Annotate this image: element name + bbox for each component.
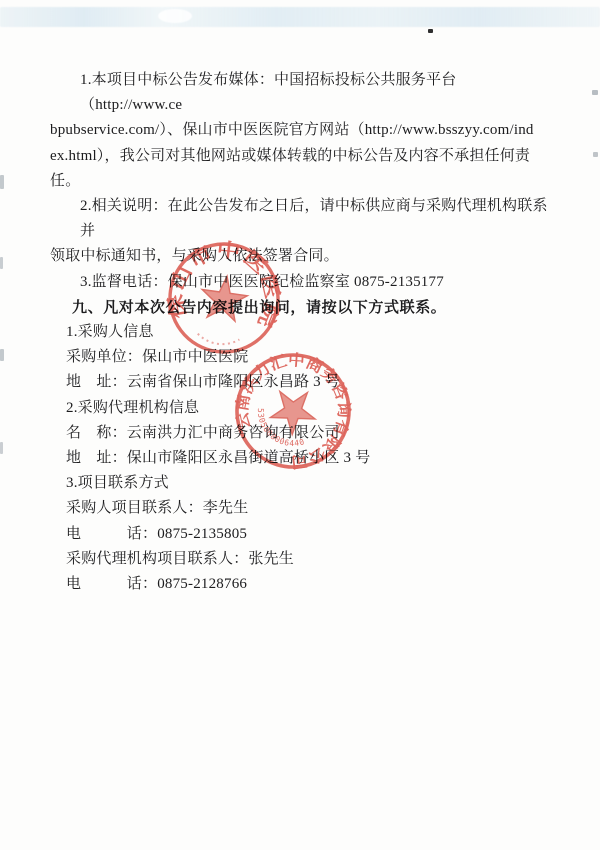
text-line: 地 址：云南省保山市隆阳区永昌路 3 号	[66, 370, 552, 395]
text-line: 名 称：云南洪力汇中商务咨询有限公司	[66, 421, 552, 446]
section-heading: 九、凡对本次公告内容提出询问，请按以下方式联系。	[72, 295, 552, 320]
scanned-document-page: 1.本项目中标公告发布媒体：中国招标投标公共服务平台（http://www.ce…	[0, 0, 600, 850]
edge-mark	[592, 90, 598, 95]
text-line: 电 话：0875-2135805	[66, 522, 552, 547]
text-line: 采购单位：保山市中医医院	[66, 345, 552, 370]
text-line: bpubservice.com/）、保山市中医医院官方网站（http://www…	[50, 118, 552, 143]
edge-mark	[593, 152, 598, 157]
text-line: 2.相关说明：在此公告发布之日后，请中标供应商与采购代理机构联系并	[80, 194, 552, 244]
ink-speck	[428, 29, 433, 33]
edge-mark	[0, 349, 4, 361]
text-line: 1.采购人信息	[66, 320, 552, 345]
text-line: 1.本项目中标公告发布媒体：中国招标投标公共服务平台（http://www.ce	[80, 68, 552, 118]
text-line: 采购人项目联系人：李先生	[66, 496, 552, 521]
text-line: ex.html），我公司对其他网站或媒体转载的中标公告及内容不承担任何责任。	[50, 144, 552, 194]
text-line: 电 话：0875-2128766	[66, 572, 552, 597]
text-line: 领取中标通知书，与采购人依法签署合同。	[50, 244, 552, 269]
edge-mark	[0, 442, 3, 454]
edge-mark	[0, 257, 3, 269]
text-line: 3.监督电话：保山市中医医院纪检监察室 0875-2135177	[80, 270, 552, 295]
text-line: 3.项目联系方式	[66, 471, 552, 496]
edge-mark	[0, 175, 4, 189]
text-line: 2.采购代理机构信息	[66, 396, 552, 421]
text-line: 采购代理机构项目联系人：张先生	[66, 547, 552, 572]
text-line: 地 址：保山市隆阳区永昌街道高桥小区 3 号	[66, 446, 552, 471]
scanner-artifact-band	[0, 7, 600, 27]
document-text: 1.本项目中标公告发布媒体：中国招标投标公共服务平台（http://www.ce…	[50, 68, 552, 597]
